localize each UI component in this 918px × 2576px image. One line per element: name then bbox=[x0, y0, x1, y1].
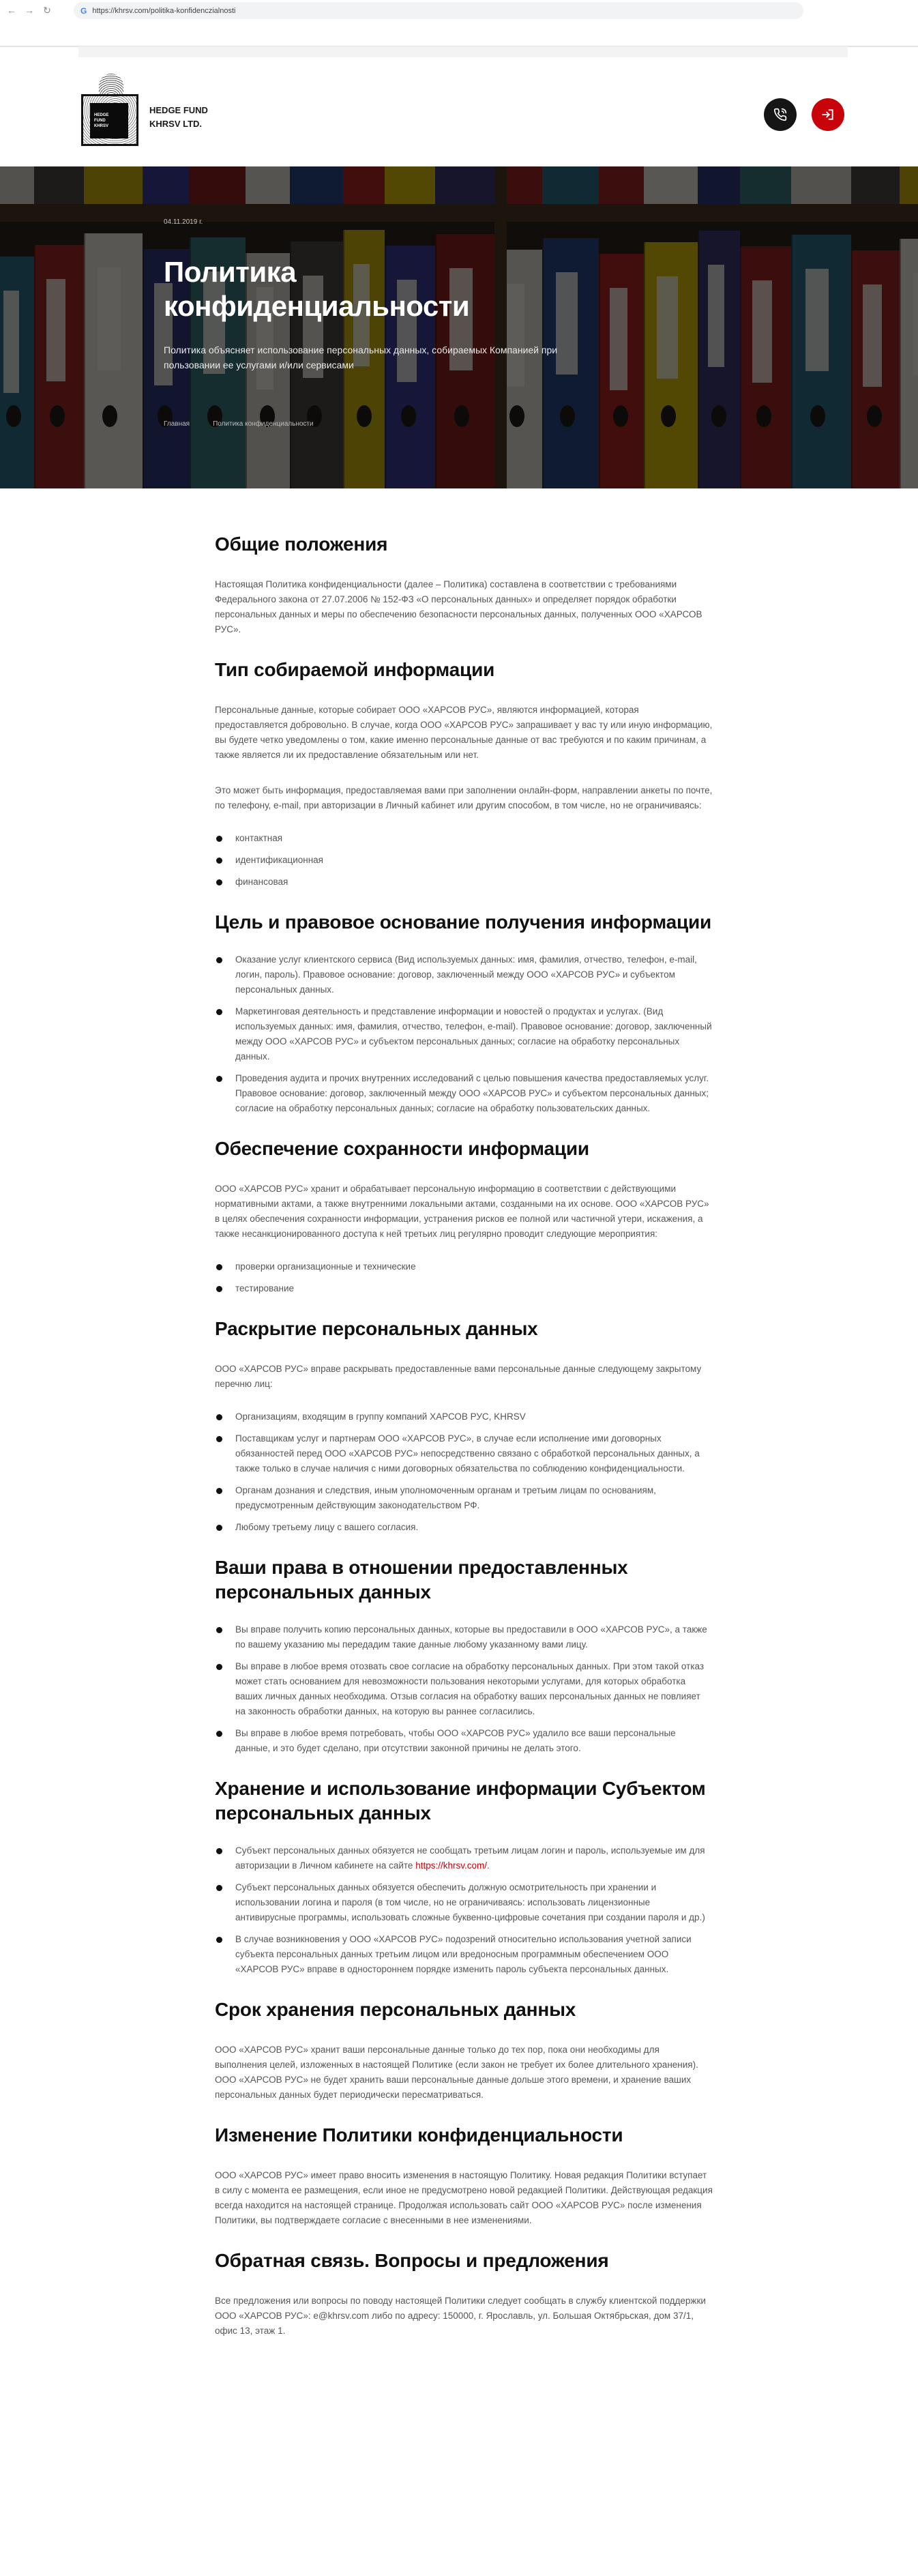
list-item-text: Органам дознания и следствия, иным уполн… bbox=[235, 1485, 656, 1510]
phone-button[interactable] bbox=[764, 98, 797, 131]
sign-in-icon bbox=[821, 108, 835, 121]
list-item-text: Любому третьему лицу с вашего согласия. bbox=[235, 1522, 418, 1532]
list-item-text: идентификационная bbox=[235, 855, 323, 865]
list-item-text: Поставщикам услуг и партнерам ООО «ХАРСО… bbox=[235, 1433, 700, 1474]
list-item: Любому третьему лицу с вашего согласия. bbox=[215, 1520, 713, 1535]
list-item: Вы вправе в любое время отозвать свое со… bbox=[215, 1659, 713, 1719]
list-item-text: В случае возникновения у ООО «ХАРСОВ РУС… bbox=[235, 1934, 692, 1974]
list-item-text: Вы вправе в любое время потребовать, что… bbox=[235, 1728, 676, 1753]
section-title: Тип собираемой информации bbox=[215, 658, 713, 682]
section-title: Ваши права в отношении предоставленных п… bbox=[215, 1555, 713, 1605]
reload-icon[interactable]: ↻ bbox=[40, 3, 55, 18]
logo-line: KHRSV bbox=[94, 123, 128, 129]
section-title: Изменение Политики конфиденциальности bbox=[215, 2123, 713, 2148]
bullet-list: Вы вправе получить копию персональных да… bbox=[215, 1622, 713, 1756]
list-item: проверки организационные и технические bbox=[215, 1259, 713, 1274]
page-title: Политика конфиденциальности bbox=[164, 255, 469, 323]
section-paragraph: Все предложения или вопросы по поводу на… bbox=[215, 2294, 713, 2339]
bullet-list: контактнаяидентификационнаяфинансовая bbox=[215, 831, 713, 890]
bullet-list: Организациям, входящим в группу компаний… bbox=[215, 1409, 713, 1535]
list-item: Оказание услуг клиентского сервиса (Вид … bbox=[215, 952, 713, 997]
policy-section: Хранение и использование информации Субъ… bbox=[215, 1776, 713, 1977]
list-item: контактная bbox=[215, 831, 713, 846]
list-item-text: Проведения аудита и прочих внутренних ис… bbox=[235, 1073, 709, 1113]
hero-content: 04.11.2019 г. Политика конфиденциальност… bbox=[164, 166, 641, 488]
bullet-list: Субъект персональных данных обязуется не… bbox=[215, 1843, 713, 1977]
logo[interactable]: HEDGE FUND KHRSV bbox=[81, 74, 138, 142]
address-bar[interactable]: G https://khrsv.com/politika-konfidenczi… bbox=[74, 2, 803, 19]
policy-section: Цель и правовое основание получения инфо… bbox=[215, 910, 713, 1116]
logo-line: HEDGE bbox=[94, 113, 128, 118]
logo-text: HEDGE FUND KHRSV bbox=[90, 103, 128, 138]
top-strip bbox=[78, 46, 848, 57]
page-title-line-2: конфиденциальности bbox=[164, 290, 469, 322]
section-title: Цель и правовое основание получения инфо… bbox=[215, 910, 713, 935]
list-item: Субъект персональных данных обязуется об… bbox=[215, 1880, 713, 1925]
list-item: Поставщикам услуг и партнерам ООО «ХАРСО… bbox=[215, 1431, 713, 1476]
list-item-text: Маркетинговая деятельность и представлен… bbox=[235, 1006, 712, 1062]
list-item-text: Вы вправе получить копию персональных да… bbox=[235, 1624, 707, 1650]
list-item-text: контактная bbox=[235, 833, 282, 843]
policy-section: Срок хранения персональных данныхООО «ХА… bbox=[215, 1997, 713, 2103]
policy-section: Общие положенияНастоящая Политика конфид… bbox=[215, 532, 713, 637]
phone-icon bbox=[773, 108, 787, 121]
section-paragraph: Настоящая Политика конфиденциальности (д… bbox=[215, 577, 713, 637]
list-item: Вы вправе в любое время потребовать, что… bbox=[215, 1726, 713, 1756]
section-title: Обеспечение сохранности информации bbox=[215, 1137, 713, 1161]
list-item: Организациям, входящим в группу компаний… bbox=[215, 1409, 713, 1424]
list-item-text: Оказание услуг клиентского сервиса (Вид … bbox=[235, 954, 697, 995]
brand-line-1: HEDGE FUND bbox=[149, 104, 208, 117]
section-paragraph: Персональные данные, которые собирает ОО… bbox=[215, 703, 713, 763]
logo-frame: HEDGE FUND KHRSV bbox=[81, 94, 138, 146]
list-item-text: проверки организационные и технические bbox=[235, 1261, 416, 1272]
list-item: финансовая bbox=[215, 875, 713, 890]
section-paragraph: ООО «ХАРСОВ РУС» хранит и обрабатывает п… bbox=[215, 1182, 713, 1242]
policy-section: Ваши права в отношении предоставленных п… bbox=[215, 1555, 713, 1756]
browser-toolbar: ← → ↻ G https://khrsv.com/politika-konfi… bbox=[0, 0, 918, 20]
login-button[interactable] bbox=[812, 98, 844, 131]
list-item: В случае возникновения у ООО «ХАРСОВ РУС… bbox=[215, 1932, 713, 1977]
policy-section: Тип собираемой информацииПерсональные да… bbox=[215, 658, 713, 890]
bullet-list: Оказание услуг клиентского сервиса (Вид … bbox=[215, 952, 713, 1116]
list-item-text: Вы вправе в любое время отозвать свое со… bbox=[235, 1661, 704, 1716]
page-title-line-1: Политика bbox=[164, 256, 296, 288]
list-item-text: финансовая bbox=[235, 877, 288, 887]
brand-line-2: KHRSV LTD. bbox=[149, 117, 208, 131]
hero-banner: 04.11.2019 г. Политика конфиденциальност… bbox=[0, 166, 918, 488]
policy-section: Обеспечение сохранности информацииООО «Х… bbox=[215, 1137, 713, 1296]
section-title: Общие положения bbox=[215, 532, 713, 557]
arrow-right-icon[interactable]: → bbox=[22, 3, 37, 18]
policy-section: Раскрытие персональных данныхООО «ХАРСОВ… bbox=[215, 1317, 713, 1535]
url-text: https://khrsv.com/politika-konfidenczial… bbox=[92, 7, 235, 15]
list-item: идентификационная bbox=[215, 853, 713, 868]
breadcrumb-current: Политика конфиденциальности bbox=[213, 420, 314, 428]
breadcrumb-home[interactable]: Главная bbox=[164, 420, 190, 428]
breadcrumb: Главная Политика конфиденциальности bbox=[164, 420, 314, 428]
policy-content: Общие положенияНастоящая Политика конфид… bbox=[215, 532, 713, 2339]
section-paragraph: ООО «ХАРСОВ РУС» хранит ваши персональны… bbox=[215, 2043, 713, 2103]
page-subtitle: Политика объясняет использование персона… bbox=[164, 342, 587, 372]
list-item-text: Субъект персональных данных обязуется об… bbox=[235, 1882, 705, 1922]
list-item: тестирование bbox=[215, 1281, 713, 1296]
list-item-text: тестирование bbox=[235, 1283, 294, 1293]
policy-section: Изменение Политики конфиденциальностиООО… bbox=[215, 2123, 713, 2228]
logo-line: FUND bbox=[94, 118, 128, 123]
section-paragraph: ООО «ХАРСОВ РУС» имеет право вносить изм… bbox=[215, 2168, 713, 2228]
bullet-list: проверки организационные и техническиете… bbox=[215, 1259, 713, 1296]
section-title: Раскрытие персональных данных bbox=[215, 1317, 713, 1341]
site-link[interactable]: https://khrsv.com/ bbox=[415, 1860, 487, 1871]
policy-section: Обратная связь. Вопросы и предложенияВсе… bbox=[215, 2249, 713, 2339]
list-item: Субъект персональных данных обязуется не… bbox=[215, 1843, 713, 1873]
google-g-icon: G bbox=[80, 6, 87, 16]
section-title: Срок хранения персональных данных bbox=[215, 1997, 713, 2022]
section-title: Хранение и использование информации Субъ… bbox=[215, 1776, 713, 1826]
list-item: Проведения аудита и прочих внутренних ис… bbox=[215, 1071, 713, 1116]
link-suffix: . bbox=[487, 1860, 490, 1871]
section-paragraph: Это может быть информация, предоставляем… bbox=[215, 783, 713, 813]
list-item: Маркетинговая деятельность и представлен… bbox=[215, 1004, 713, 1064]
arrow-left-icon[interactable]: ← bbox=[4, 3, 19, 18]
list-item: Вы вправе получить копию персональных да… bbox=[215, 1622, 713, 1652]
section-paragraph: ООО «ХАРСОВ РУС» вправе раскрывать предо… bbox=[215, 1362, 713, 1392]
list-item-text: Организациям, входящим в группу компаний… bbox=[235, 1411, 526, 1422]
list-item: Органам дознания и следствия, иным уполн… bbox=[215, 1483, 713, 1513]
site-header: HEDGE FUND KHRSV HEDGE FUND KHRSV LTD. bbox=[78, 68, 848, 150]
publish-date: 04.11.2019 г. bbox=[164, 218, 203, 226]
section-title: Обратная связь. Вопросы и предложения bbox=[215, 2249, 713, 2273]
brand-name[interactable]: HEDGE FUND KHRSV LTD. bbox=[149, 104, 208, 131]
